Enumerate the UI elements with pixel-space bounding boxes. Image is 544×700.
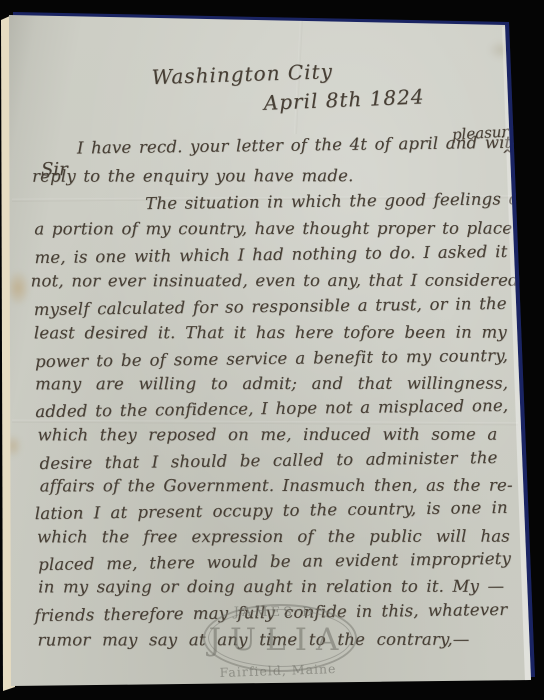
letter-line: added to the confidence, I hope not a mi… <box>35 396 508 421</box>
letter-place-line: Washington City <box>151 59 333 89</box>
letter-line: reply to the enquiry you have made. <box>32 166 353 186</box>
letter-line: desire that I should be called to admini… <box>39 448 497 473</box>
letter-line: which they reposed on me, induced with s… <box>37 425 497 445</box>
letter-line: rumor may say at any time to the contrar… <box>37 630 469 650</box>
letter-line: affairs of the Government. Inasmuch then… <box>40 476 513 496</box>
letter-line: least desired it. That it has here tofor… <box>34 323 507 343</box>
letter-line: I have recd. your letter of the 4t of ap… <box>77 134 455 158</box>
paper-wrapper: Washington City April 8th 1824 Sir pleas… <box>0 0 544 700</box>
letter-line: not, nor ever insinuated, even to any, t… <box>31 271 504 291</box>
letter-line: placed me, there would be an evident imp… <box>38 549 511 574</box>
letter-line: in my saying or doing aught in relation … <box>38 577 504 597</box>
handwritten-text: Washington City April 8th 1824 Sir pleas… <box>0 0 544 700</box>
letter-photograph: Washington City April 8th 1824 Sir pleas… <box>0 0 544 700</box>
letter-line: which the free expression of the public … <box>37 527 510 547</box>
letter-body: I have recd. your letter of the 4t of ap… <box>0 0 542 1</box>
letter-line: lation I at present occupy to the countr… <box>35 498 508 523</box>
letter-line: power to be of some service a benefit to… <box>35 346 508 371</box>
letter-line: a portion of my country, have thought pr… <box>34 219 507 239</box>
letter-paper: Washington City April 8th 1824 Sir pleas… <box>0 0 544 700</box>
letter-date-line: April 8th 1824 <box>263 84 425 114</box>
letter-line: friends therefore may fully confide in t… <box>34 600 507 625</box>
letter-line: myself calculated for so responsible a t… <box>34 294 507 319</box>
letter-line: me, is one with which I had nothing to d… <box>34 242 507 267</box>
letter-line: many are willing to admit; and that will… <box>35 374 508 394</box>
letter-line: The situation in which the good feelings… <box>145 189 508 213</box>
